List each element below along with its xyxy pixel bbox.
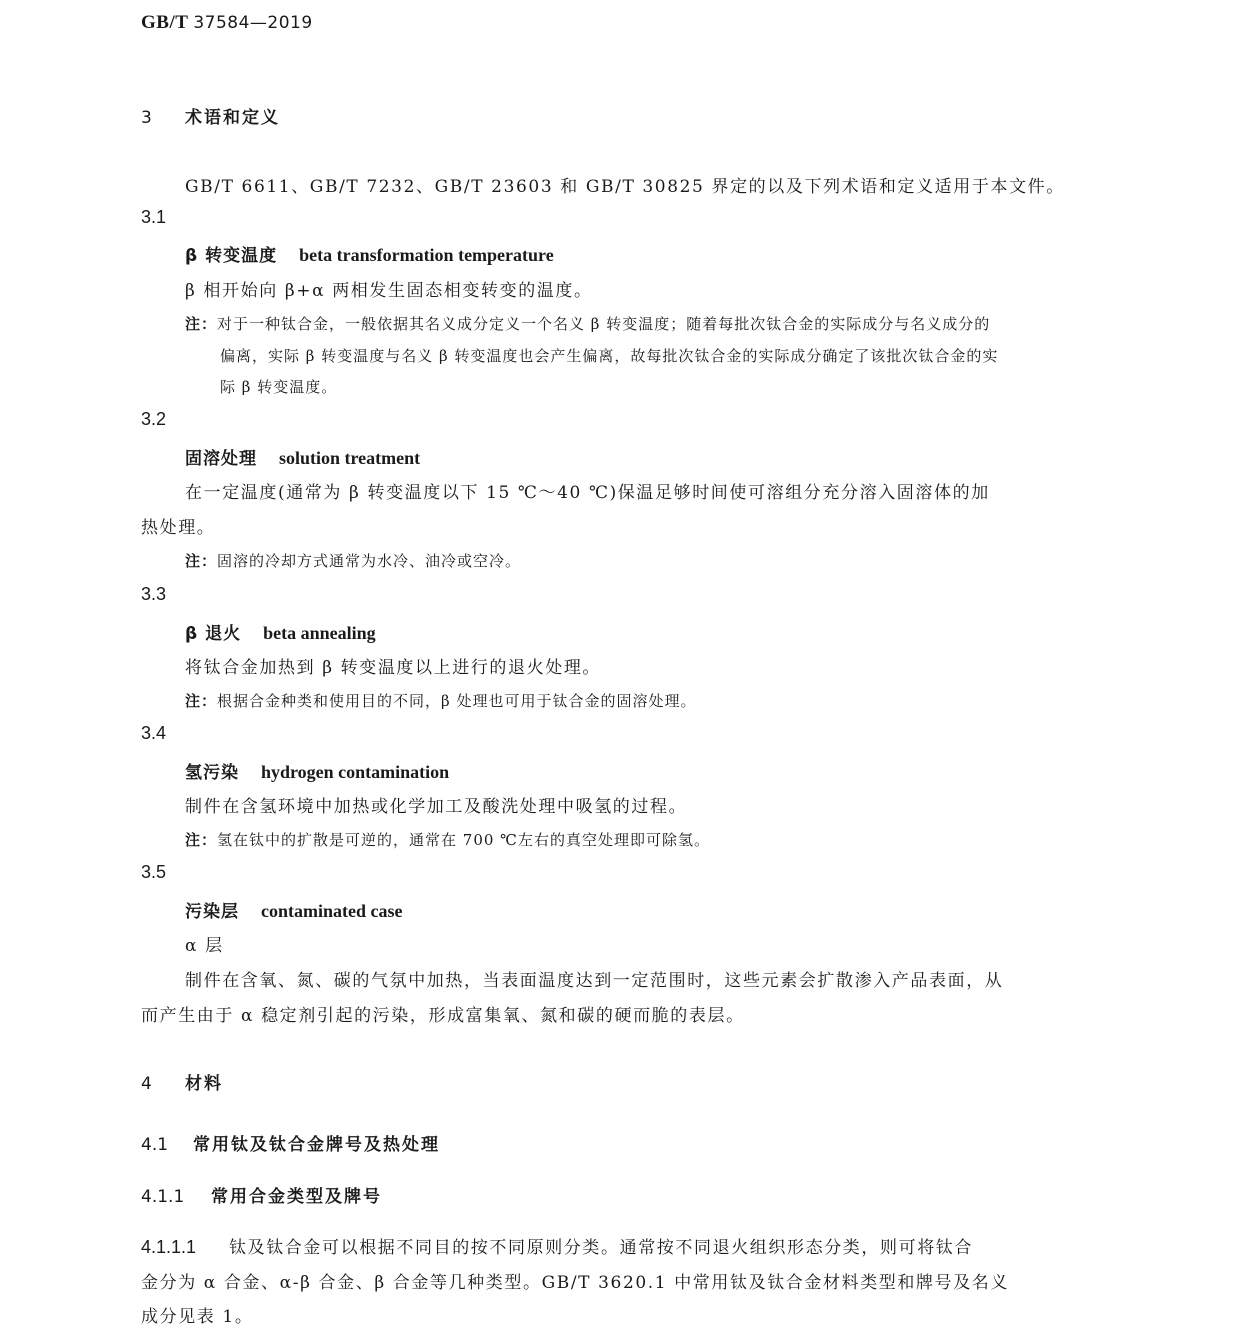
term-zh: β 退火 <box>185 624 241 644</box>
term-number: 3.4 <box>141 723 166 744</box>
section-title: 材料 <box>185 1074 223 1094</box>
clause-number: 4.1.1.1 <box>141 1237 229 1258</box>
subsection-number: 4.1 <box>141 1135 193 1155</box>
section-3-intro: GB/T 6611、GB/T 7232、GB/T 23603 和 GB/T 30… <box>185 172 1065 197</box>
standard-prefix: GB/T <box>141 12 188 33</box>
document-header: GB/T 37584—2019 <box>141 12 313 34</box>
term-definition: β 相开始向 β+α 两相发生固态相变转变的温度。 <box>185 276 593 301</box>
term-en: beta annealing <box>263 623 376 643</box>
term-number: 3.1 <box>141 207 166 228</box>
term-en: contaminated case <box>261 901 402 921</box>
note-line: 固溶的冷却方式通常为水冷、油冷或空冷。 <box>217 552 521 570</box>
note-label: 注： <box>185 552 217 570</box>
term-en: beta transformation temperature <box>299 245 554 265</box>
note-line: 际 β 转变温度。 <box>220 376 337 397</box>
note-label: 注： <box>185 831 217 849</box>
term-heading: β 退火beta annealing <box>185 619 376 644</box>
subsection-title: 常用钛及钛合金牌号及热处理 <box>193 1135 440 1155</box>
term-definition: 将钛合金加热到 β 转变温度以上进行的退火处理。 <box>185 653 601 678</box>
term-note: 注：氢在钛中的扩散是可逆的，通常在 700 ℃左右的真空处理即可除氢。 <box>185 829 710 850</box>
note-label: 注： <box>185 315 217 333</box>
term-zh: β 转变温度 <box>185 246 277 266</box>
term-number: 3.5 <box>141 862 166 883</box>
term-heading: 氢污染hydrogen contamination <box>185 758 449 783</box>
clause-first-line: 4.1.1.1钛及钛合金可以根据不同目的按不同原则分类。通常按不同退火组织形态分… <box>141 1233 973 1258</box>
note-line: 根据合金种类和使用目的不同，β 处理也可用于钛合金的固溶处理。 <box>217 692 696 710</box>
term-note: 注：根据合金种类和使用目的不同，β 处理也可用于钛合金的固溶处理。 <box>185 690 696 711</box>
term-definition: 热处理。 <box>141 513 215 538</box>
term-heading: 污染层contaminated case <box>185 897 402 922</box>
note-line: 氢在钛中的扩散是可逆的，通常在 700 ℃左右的真空处理即可除氢。 <box>217 831 710 849</box>
term-note: 注：固溶的冷却方式通常为水冷、油冷或空冷。 <box>185 550 521 571</box>
clause-text: 钛及钛合金可以根据不同目的按不同原则分类。通常按不同退火组织形态分类，则可将钛合 <box>229 1238 973 1258</box>
term-definition: 制件在含氢环境中加热或化学加工及酸洗处理中吸氢的过程。 <box>185 792 687 817</box>
note-line: 对于一种钛合金，一般依据其名义成分定义一个名义 β 转变温度；随着每批次钛合金的… <box>217 315 990 333</box>
section-number: 3 <box>141 108 185 128</box>
clause-text: 金分为 α 合金、α-β 合金、β 合金等几种类型。GB/T 3620.1 中常… <box>141 1268 1009 1293</box>
section-4-heading: 4材料 <box>141 1069 223 1094</box>
term-en: hydrogen contamination <box>261 762 449 782</box>
term-synonym: α 层 <box>185 931 224 956</box>
term-definition: 而产生由于 α 稳定剂引起的污染，形成富集氧、氮和碳的硬而脆的表层。 <box>141 1001 745 1026</box>
term-zh: 污染层 <box>185 902 239 922</box>
term-definition: 在一定温度(通常为 β 转变温度以下 15 ℃～40 ℃)保温足够时间使可溶组分… <box>185 478 990 503</box>
note-label: 注： <box>185 692 217 710</box>
term-note: 注：对于一种钛合金，一般依据其名义成分定义一个名义 β 转变温度；随着每批次钛合… <box>185 313 990 334</box>
term-heading: β 转变温度beta transformation temperature <box>185 241 554 266</box>
clause-text: 成分见表 1。 <box>141 1302 253 1327</box>
section-3-heading: 3术语和定义 <box>141 103 280 128</box>
term-number: 3.3 <box>141 584 166 605</box>
section-title: 术语和定义 <box>185 108 280 128</box>
note-line: 偏离，实际 β 转变温度与名义 β 转变温度也会产生偏离，故每批次钛合金的实际成… <box>220 345 998 366</box>
standard-number: 37584—2019 <box>193 13 312 33</box>
term-zh: 固溶处理 <box>185 449 257 469</box>
term-zh: 氢污染 <box>185 763 239 783</box>
subsection-title: 常用合金类型及牌号 <box>211 1187 382 1207</box>
section-number: 4 <box>141 1074 185 1094</box>
term-en: solution treatment <box>279 448 420 468</box>
term-number: 3.2 <box>141 409 166 430</box>
subsection-heading: 4.1.1常用合金类型及牌号 <box>141 1182 382 1207</box>
subsection-heading: 4.1常用钛及钛合金牌号及热处理 <box>141 1130 440 1155</box>
term-definition: 制件在含氧、氮、碳的气氛中加热，当表面温度达到一定范围时，这些元素会扩散渗入产品… <box>185 966 1003 991</box>
term-heading: 固溶处理solution treatment <box>185 444 420 469</box>
subsection-number: 4.1.1 <box>141 1187 211 1207</box>
